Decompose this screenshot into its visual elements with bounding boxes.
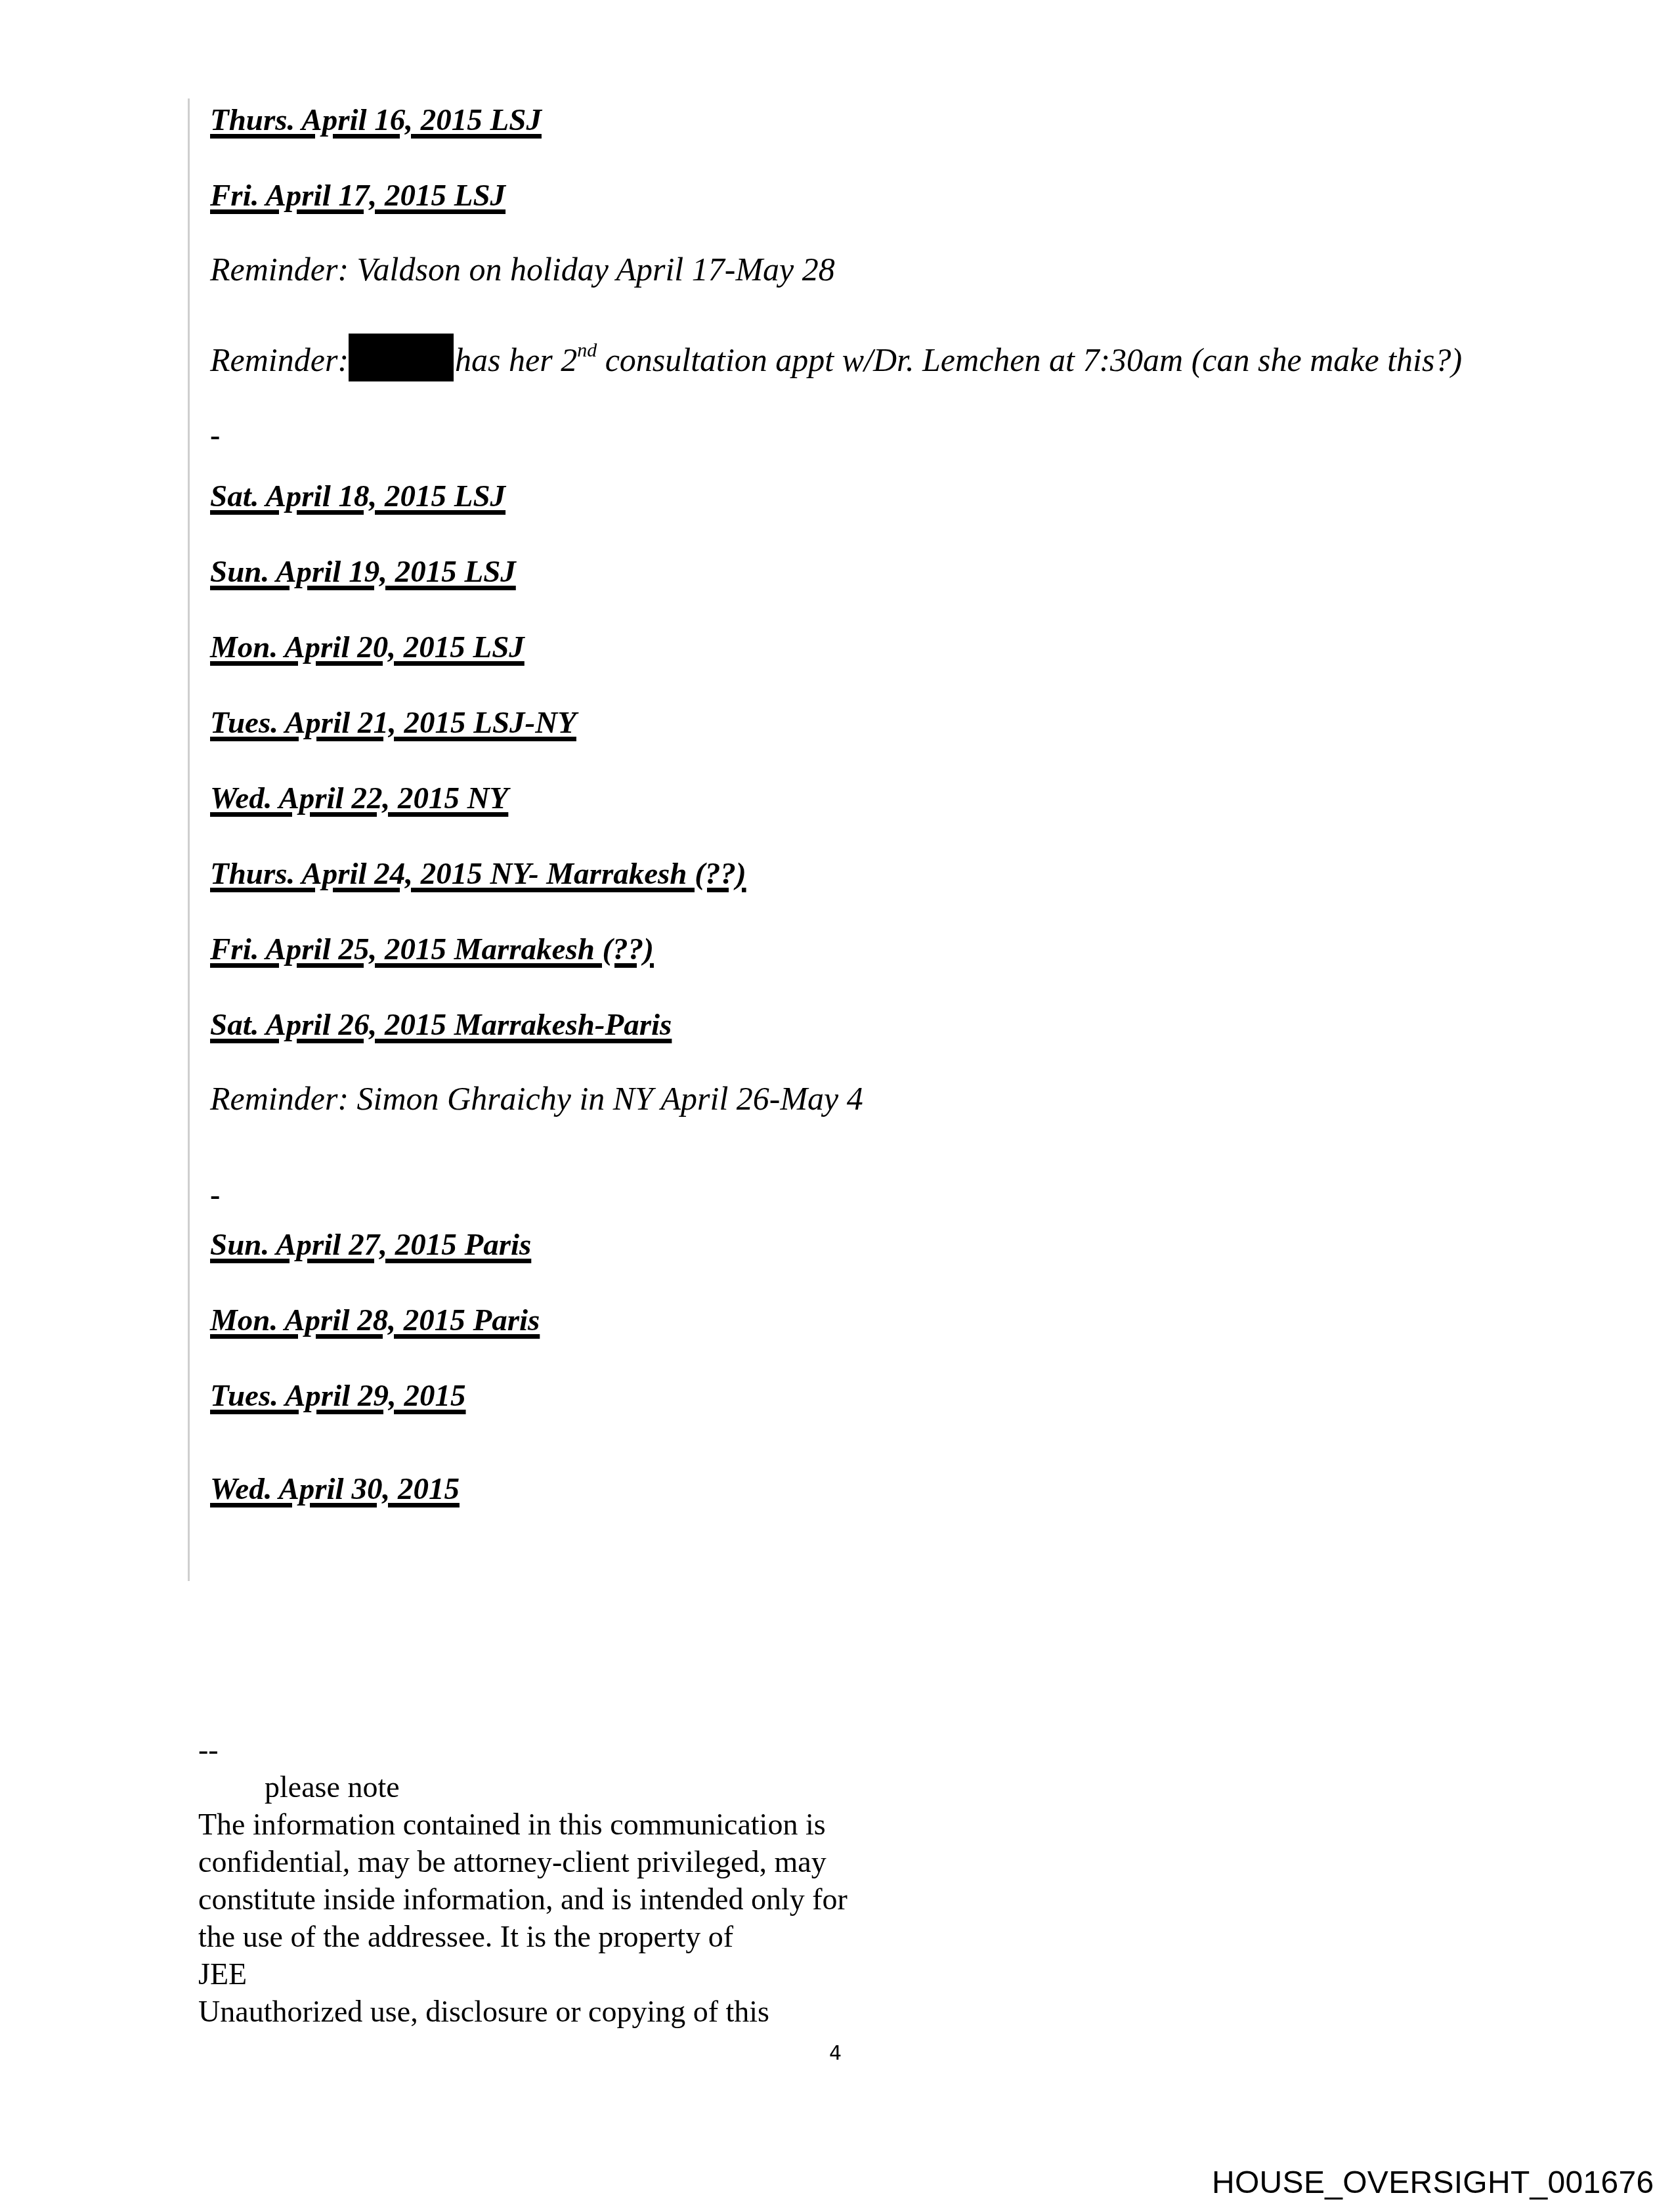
date-heading: Thurs. April 24, 2015 NY- Marrakesh (??) — [210, 859, 746, 890]
reminder-line: Reminder: Simon Ghraichy in NY April 26-… — [210, 1082, 863, 1115]
date-heading: Tues. April 21, 2015 LSJ-NY — [210, 708, 576, 739]
page-number: 4 — [829, 2042, 842, 2065]
quoted-text-rule — [188, 98, 190, 1581]
date-heading: Mon. April 20, 2015 LSJ — [210, 632, 525, 663]
date-heading: Sun. April 19, 2015 LSJ — [210, 557, 516, 588]
bates-stamp: HOUSE_OVERSIGHT_001676 — [1212, 2165, 1654, 2201]
reminder-line-redacted: Reminder:has her 2nd consultation appt w… — [210, 334, 1462, 381]
reminder-line: Reminder: Valdson on holiday April 17-Ma… — [210, 253, 835, 286]
disclaimer-line: confidential, may be attorney-client pri… — [198, 1843, 848, 1880]
document-page: Thurs. April 16, 2015 LSJ Fri. April 17,… — [0, 0, 1674, 2212]
reminder-text: has her 2 — [455, 341, 577, 378]
please-note-label: please note — [198, 1768, 848, 1806]
date-heading: Wed. April 22, 2015 NY — [210, 783, 508, 814]
date-heading: Fri. April 25, 2015 Marrakesh (??) — [210, 934, 654, 965]
disclaimer-line: The information contained in this commun… — [198, 1806, 848, 1843]
date-heading: Fri. April 17, 2015 LSJ — [210, 181, 505, 211]
redaction-block — [349, 334, 454, 381]
separator-dash: - — [210, 1180, 220, 1210]
date-heading: Sat. April 18, 2015 LSJ — [210, 481, 505, 512]
disclaimer-line: the use of the addressee. It is the prop… — [198, 1918, 848, 1955]
date-heading: Tues. April 29, 2015 — [210, 1381, 466, 1412]
disclaimer-line: JEE — [198, 1955, 848, 1993]
ordinal-superscript: nd — [577, 339, 597, 361]
email-footer: -- please note The information contained… — [198, 1731, 848, 2030]
reminder-prefix: Reminder: — [210, 341, 349, 378]
disclaimer-line: constitute inside information, and is in… — [198, 1880, 848, 1918]
date-heading: Thurs. April 16, 2015 LSJ — [210, 105, 542, 136]
signature-separator: -- — [198, 1731, 848, 1768]
date-heading: Mon. April 28, 2015 Paris — [210, 1305, 540, 1336]
date-heading: Wed. April 30, 2015 — [210, 1474, 460, 1505]
separator-dash: - — [210, 420, 220, 450]
reminder-text-suffix: consultation appt w/Dr. Lemchen at 7:30a… — [597, 341, 1462, 378]
date-heading: Sun. April 27, 2015 Paris — [210, 1230, 531, 1261]
date-heading: Sat. April 26, 2015 Marrakesh-Paris — [210, 1010, 672, 1041]
disclaimer-line: Unauthorized use, disclosure or copying … — [198, 1993, 848, 2030]
